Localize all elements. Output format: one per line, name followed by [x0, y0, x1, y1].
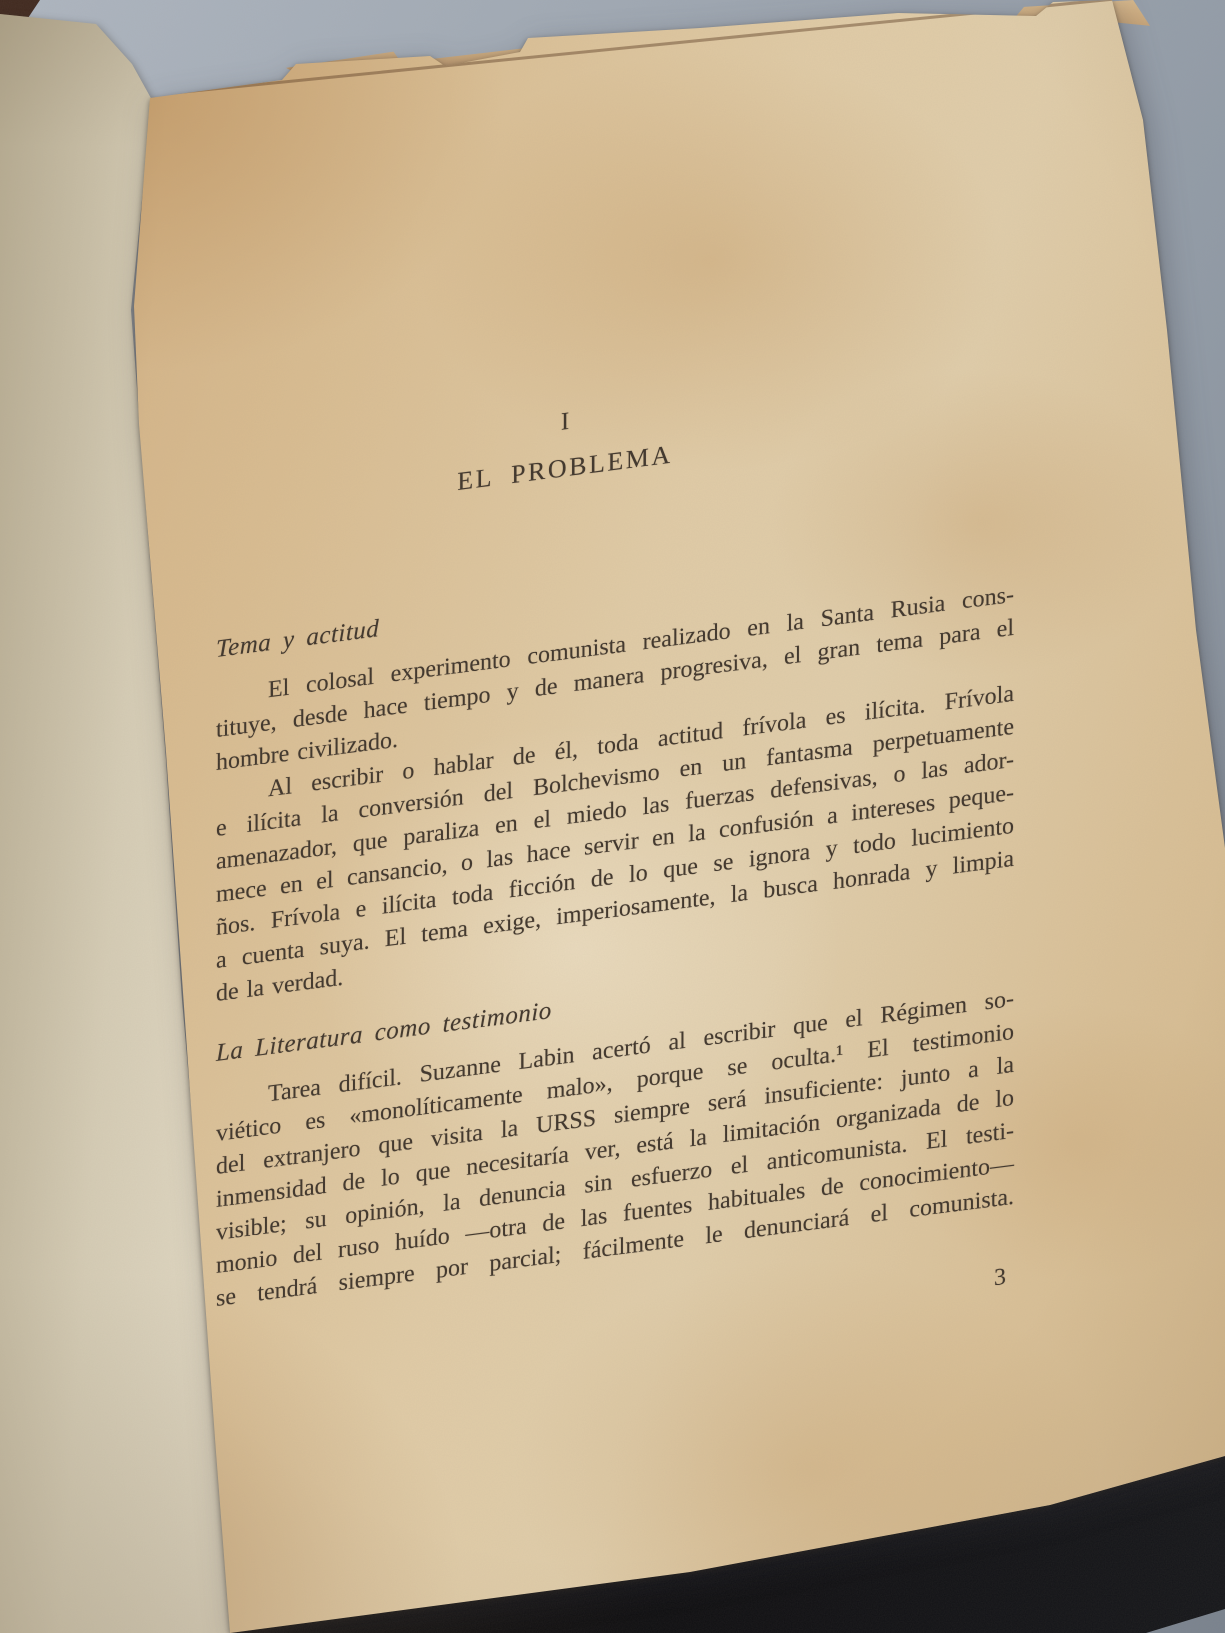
text-page: I EL PROBLEMA Tema y actitud El colosal …: [0, 0, 1225, 1633]
text-page-wrap: I EL PROBLEMA Tema y actitud El colosal …: [0, 0, 1225, 1633]
printed-text-block: I EL PROBLEMA Tema y actitud El colosal …: [216, 294, 1014, 1316]
page-number: 3: [994, 1261, 1006, 1296]
book-photo: I EL PROBLEMA Tema y actitud El colosal …: [0, 0, 1225, 1633]
